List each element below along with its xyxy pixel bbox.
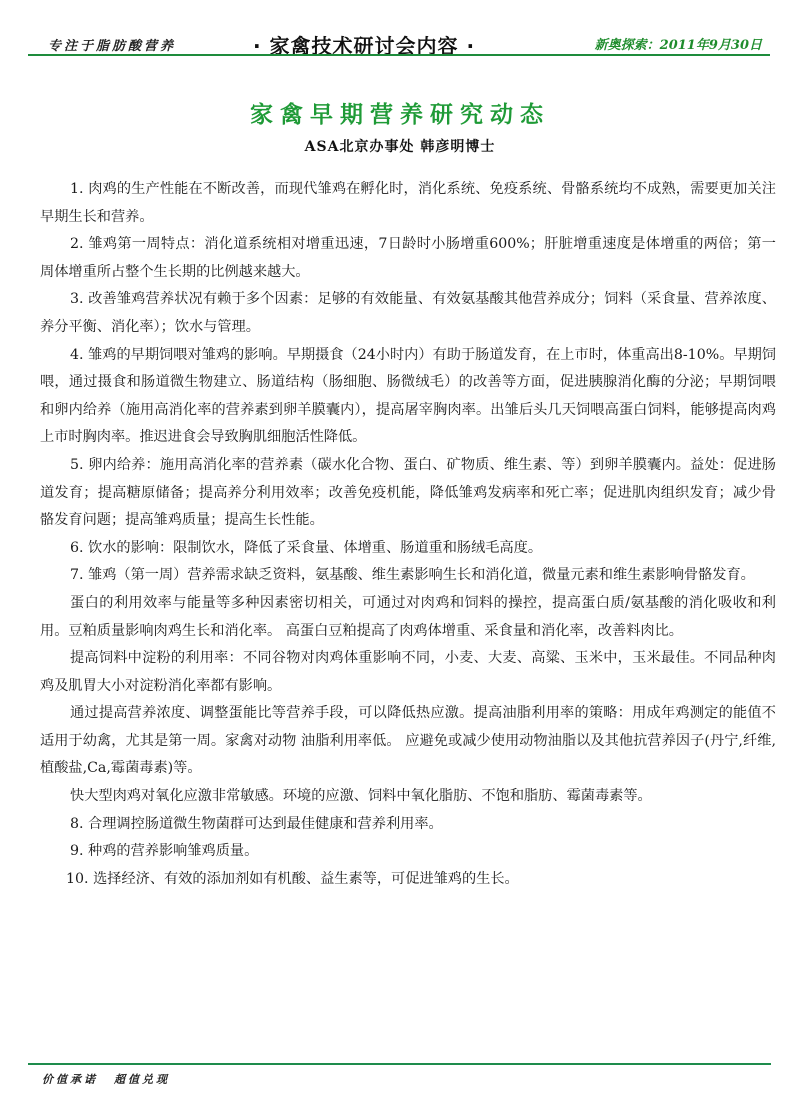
- footer-slogan-left: 价值承诺: [42, 1073, 98, 1086]
- paragraph-item-2: 2. 雏鸡第一周特点：消化道系统相对增重迅速，7日龄时小肠增重600%；肝脏增重…: [40, 231, 776, 286]
- paragraph-item-6: 6. 饮水的影响：限制饮水，降低了采食量、体增重、肠道重和肠绒毛高度。: [40, 535, 776, 563]
- document-author: ASA北京办事处 韩彦明博士: [0, 136, 800, 156]
- paragraph-heat-stress: 通过提高营养浓度、调整蛋能比等营养手段，可以降低热应激。提高油脂利用率的策略：用…: [40, 700, 776, 783]
- paragraph-item-4: 4. 雏鸡的早期饲喂对雏鸡的影响。早期摄食（24小时内）有助于肠道发育，在上市时…: [40, 342, 776, 452]
- footer-divider: [28, 1063, 771, 1065]
- header-date: 新奥探索：2011年9月30日: [595, 34, 762, 53]
- paragraph-item-3: 3. 改善雏鸡营养状况有赖于多个因素：足够的有效能量、有效氨基酸其他营养成分；饲…: [40, 286, 776, 341]
- document-title: 家禽早期营养研究动态: [0, 96, 800, 129]
- paragraph-protein: 蛋白的利用效率与能量等多种因素密切相关，可通过对肉鸡和饲料的操控，提高蛋白质/氨…: [40, 590, 776, 645]
- paragraph-item-8: 8. 合理调控肠道微生物菌群可达到最佳健康和营养利用率。: [40, 811, 776, 839]
- paragraph-item-5: 5. 卵内给养：施用高消化率的营养素（碳水化合物、蛋白、矿物质、维生素、等）到卵…: [40, 452, 776, 535]
- page-footer: 价值承诺超值兑现: [42, 1071, 170, 1087]
- document-body: 1. 肉鸡的生产性能在不断改善，而现代雏鸡在孵化时，消化系统、免疫系统、骨骼系统…: [40, 176, 776, 893]
- page-header: 专注于脂肪酸营养 · 家禽技术研讨会内容 · 新奥探索：2011年9月30日: [28, 30, 770, 56]
- footer-slogan-right: 超值兑现: [114, 1073, 170, 1086]
- paragraph-item-9: 9. 种鸡的营养影响雏鸡质量。: [40, 838, 776, 866]
- paragraph-starch: 提高饲料中淀粉的利用率：不同谷物对肉鸡体重影响不同，小麦、大麦、高粱、玉米中，玉…: [40, 645, 776, 700]
- paragraph-item-1: 1. 肉鸡的生产性能在不断改善，而现代雏鸡在孵化时，消化系统、免疫系统、骨骼系统…: [40, 176, 776, 231]
- paragraph-oxidative-stress: 快大型肉鸡对氧化应激非常敏感。环境的应激、饲料中氧化脂肪、不饱和脂肪、霉菌毒素等…: [40, 783, 776, 811]
- paragraph-item-10: 10. 选择经济、有效的添加剂如有机酸、益生素等，可促进雏鸡的生长。: [40, 866, 776, 894]
- paragraph-item-7: 7. 雏鸡（第一周）营养需求缺乏资料，氨基酸、维生素影响生长和消化道，微量元素和…: [40, 562, 776, 590]
- header-divider: [28, 54, 770, 56]
- header-tagline: 专注于脂肪酸营养: [48, 35, 176, 54]
